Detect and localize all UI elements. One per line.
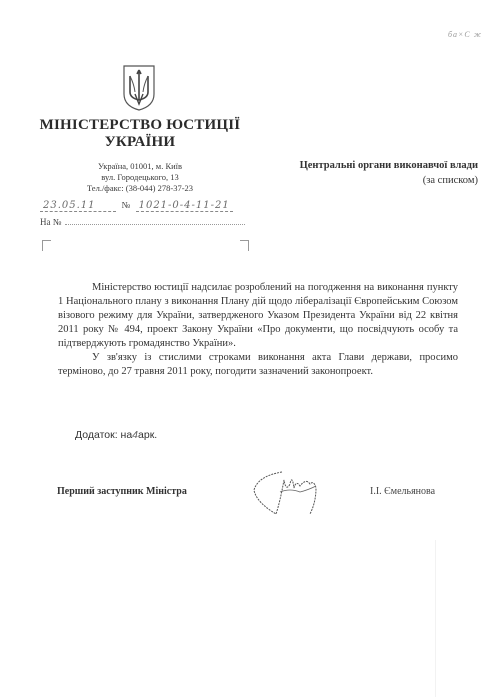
address-window-bracket-right [240, 240, 249, 251]
address-window-bracket-left [42, 240, 51, 251]
ukraine-trident-emblem-icon [122, 64, 156, 112]
letter-body: Міністерство юстиції надсилає розроблени… [58, 281, 458, 379]
registration-line: 23.05.11 № 1021-0-4-11-21 [40, 200, 260, 214]
body-paragraph: Міністерство юстиції надсилає розроблени… [58, 281, 458, 351]
recipient-block: Центральні органи виконавчої влади (за с… [258, 158, 478, 188]
reply-to-blank [65, 224, 245, 225]
appendix-suffix: арк. [138, 429, 157, 441]
address-line: Україна, 01001, м. Київ [60, 161, 220, 172]
reply-to-line: На № [40, 217, 245, 227]
body-paragraph: У зв'язку із стислими строками виконання… [58, 351, 458, 379]
ministry-address: Україна, 01001, м. Київ вул. Городецьког… [60, 161, 220, 194]
address-line: вул. Городецького, 13 [60, 172, 220, 183]
ministry-name-line2: УКРАЇНИ [30, 134, 250, 151]
address-phone: Тел./факс: (38-044) 278-37-23 [60, 183, 220, 194]
recipient-note: (за списком) [258, 173, 478, 188]
number-label: № [122, 200, 131, 210]
appendix-line: Додаток: на4арк. [75, 429, 157, 441]
registration-date: 23.05.11 [40, 200, 116, 212]
reply-to-label: На № [40, 217, 61, 227]
corner-handwritten-mark: ба×С ж [448, 30, 482, 39]
handwritten-signature-icon [250, 462, 330, 522]
appendix-label: Додаток: на [75, 429, 132, 441]
recipient-line: Центральні органи виконавчої влади [258, 158, 478, 173]
ministry-name: МІНІСТЕРСТВО ЮСТИЦІЇ УКРАЇНИ [30, 117, 250, 151]
registration-number: 1021-0-4-11-21 [136, 200, 233, 212]
signer-name: І.І. Ємельянова [370, 486, 435, 497]
signer-title: Перший заступник Міністра [57, 486, 187, 497]
ministry-name-line1: МІНІСТЕРСТВО ЮСТИЦІЇ [30, 117, 250, 134]
scan-fold-line [435, 540, 436, 697]
